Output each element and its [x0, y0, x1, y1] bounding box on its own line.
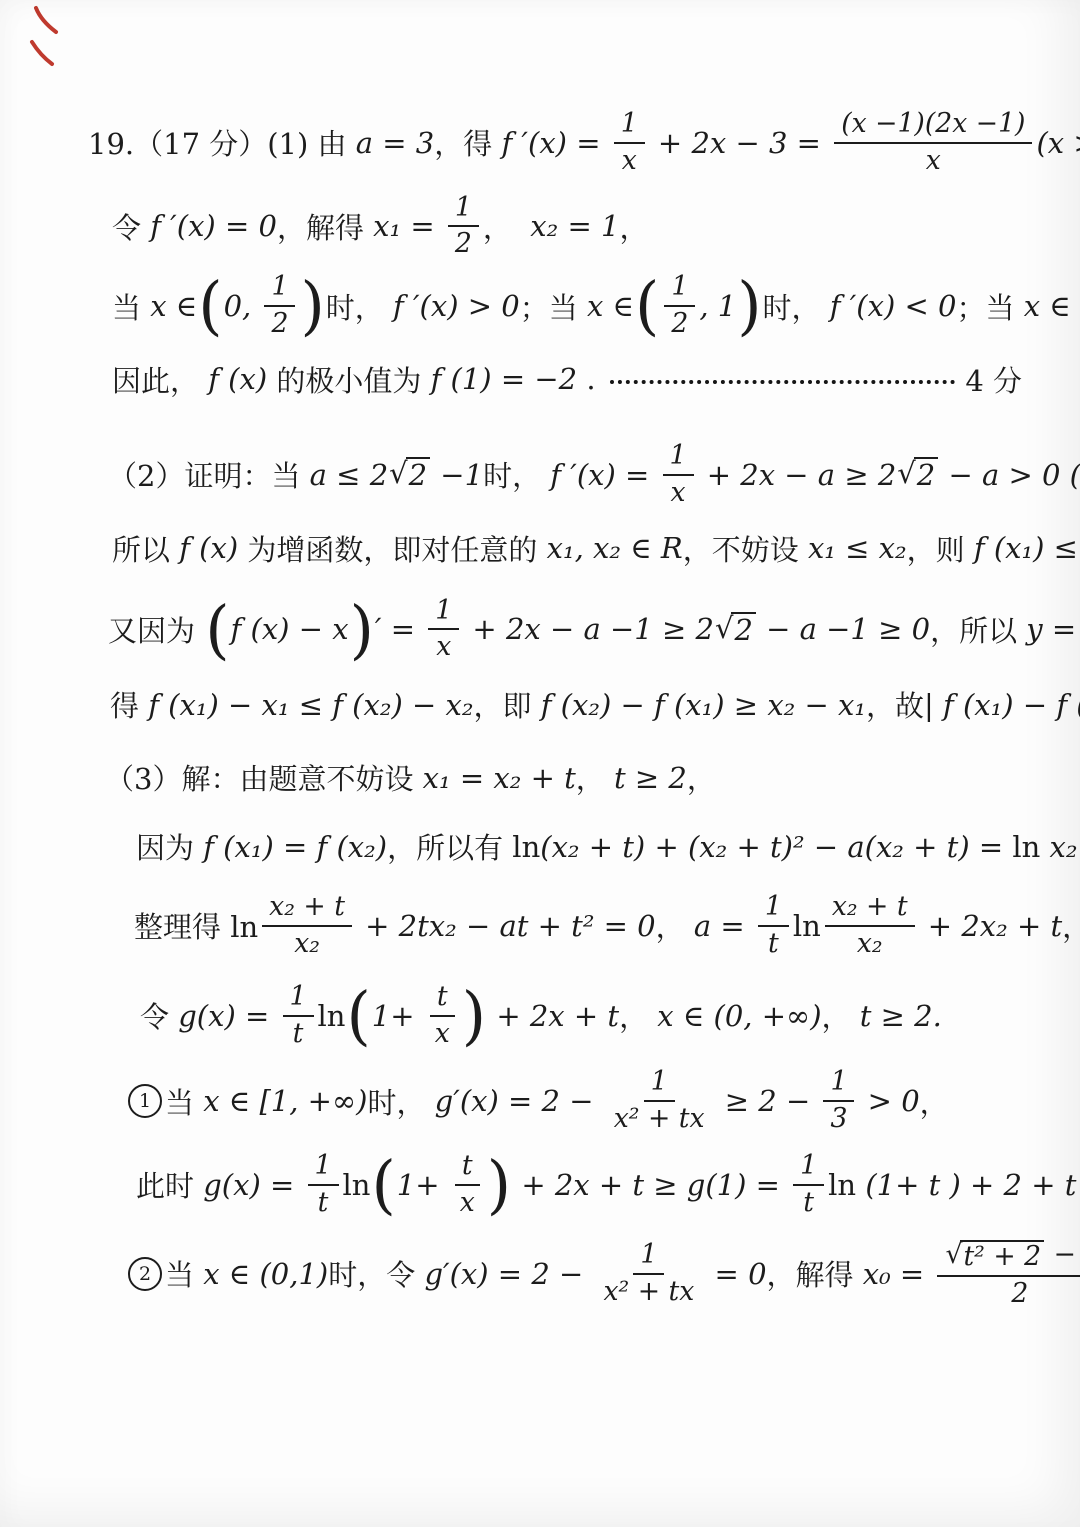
- text-run: ，: [576, 757, 614, 798]
- circled-number: 2: [128, 1257, 162, 1291]
- math-run: + 2tx₂ − at + t² = 0: [356, 909, 656, 943]
- text-run: ，: [619, 206, 648, 247]
- math-run: x: [435, 1020, 450, 1049]
- line-case2: 2当 x ∈ (0,1)时，令 g′(x) = 2 − 1x² + tx = 0…: [128, 1240, 1022, 1309]
- math-run: x₂ + t: [832, 893, 908, 922]
- line-rearranged: 整理得 lnx₂ + tx₂ + 2tx₂ − at + t² = 0， a =…: [134, 893, 1022, 959]
- fraction: tx: [428, 983, 457, 1049]
- math-run: > 0: [858, 1084, 919, 1118]
- math-run: x₁ = x₂ + t: [423, 761, 576, 795]
- math-run: f ′(x) =: [550, 458, 658, 492]
- fraction-denominator: x: [429, 630, 458, 662]
- fraction: 1t: [308, 1152, 339, 1218]
- line-inequality-conclusion: 得 f (x₁) − x₁ ≤ f (x₂) − x₂，即 f (x₂) − f…: [110, 684, 1022, 725]
- big-delimiter: (: [346, 985, 370, 1045]
- text-run: 因为: [136, 826, 203, 867]
- math-run: x: [622, 147, 637, 176]
- fraction: tx: [453, 1152, 482, 1218]
- math-run: 1: [765, 893, 782, 922]
- math-run: + 2x₂ + t: [919, 909, 1063, 943]
- math-run: f (x): [208, 362, 267, 396]
- math-run: x² + tx: [604, 1278, 695, 1307]
- math-run: ′ =: [375, 612, 424, 646]
- math-run: x₁ =: [373, 209, 444, 243]
- fraction-numerator: 1: [614, 110, 645, 144]
- fraction-denominator: x: [453, 1186, 482, 1218]
- math-run: t: [293, 1020, 304, 1049]
- text-run: 时，: [483, 454, 550, 495]
- math-run: | f (x₁) − f (x₂)| ≥ | x₁ − x₂ |: [924, 688, 1080, 722]
- math-run: a ≤ 2: [310, 458, 388, 492]
- math-run: 1: [315, 1152, 332, 1181]
- line-sign-analysis: 当 x ∈(0, 12)时， f ′(x) > 0；当 x ∈(12, 1)时，…: [112, 273, 1022, 339]
- text-run: 时，: [326, 286, 393, 327]
- big-delimiter: (: [635, 276, 659, 336]
- math-run: f ′(x) =: [501, 126, 609, 160]
- math-run: + 2x + t ≥ g(1) =: [512, 1168, 789, 1202]
- math-run: x₂: [294, 930, 320, 959]
- fraction-numerator: x₂ + t: [262, 893, 352, 927]
- text-run: ，不妨设: [683, 528, 808, 569]
- big-delimiter: ): [462, 985, 486, 1045]
- fraction: 1t: [758, 893, 789, 959]
- math-run: 1: [435, 597, 452, 626]
- scanned-answer-page: 19.（17 分）(1) 由 a = 3，得 f ′(x) = 1x + 2x …: [0, 0, 1080, 1527]
- math-run: 3: [830, 1105, 847, 1134]
- math-run: 1: [621, 110, 638, 139]
- math-run: 1: [651, 1068, 668, 1097]
- math-run: − a > 0 (x > 0): [939, 458, 1080, 492]
- math-run: ≥ 2 −: [716, 1084, 820, 1118]
- fraction: x₂ + tx₂: [262, 893, 352, 959]
- fraction-numerator: 1: [308, 1152, 339, 1186]
- fraction-denominator: t: [761, 927, 786, 959]
- text-run: ，: [483, 206, 530, 247]
- math-run: x₂ + t: [269, 893, 345, 922]
- text-run: 令: [140, 995, 178, 1036]
- big-delimiter: ): [737, 276, 761, 336]
- circled-number: 1: [128, 1084, 162, 1118]
- math-run: x² + tx: [614, 1105, 705, 1134]
- fraction-denominator: t: [311, 1186, 336, 1218]
- fraction: 1t: [793, 1152, 824, 1218]
- text-run: 令: [112, 206, 150, 247]
- fraction: 1x: [614, 110, 645, 176]
- text-run: 得: [110, 684, 148, 725]
- radicand: t² + 2: [960, 1240, 1044, 1272]
- line-case1-bound: 此时 g(x) = 1tln(1+ tx) + 2x + t ≥ g(1) = …: [136, 1152, 1022, 1218]
- math-run: f (x): [179, 531, 238, 565]
- math-run: f (x₁) = f (x₂): [203, 830, 387, 864]
- square-root: √t² + 2: [945, 1240, 1044, 1272]
- line-part3-setup: （3）解：由题意不妨设 x₁ = x₂ + t， t ≥ 2，: [105, 757, 1022, 798]
- fraction-numerator: x₂ + t: [825, 893, 915, 927]
- text-run: ，解得: [277, 206, 373, 247]
- math-run: + 2x + t: [487, 999, 619, 1033]
- math-run: 1+: [372, 999, 424, 1033]
- text-run: ln: [828, 1168, 865, 1202]
- text-run: 所以: [112, 528, 179, 569]
- fraction-denominator: x: [919, 144, 948, 176]
- fraction: x₂ + tx₂: [825, 893, 915, 959]
- math-run: + 2x − 3 =: [649, 126, 830, 160]
- solution-content: 19.（17 分）(1) 由 a = 3，得 f ′(x) = 1x + 2x …: [88, 110, 1022, 1308]
- text-run: ，解得: [767, 1253, 863, 1294]
- text-run: ；当: [520, 286, 587, 327]
- math-run: 2: [455, 230, 472, 259]
- big-delimiter: ): [487, 1155, 511, 1215]
- fraction-numerator: 1: [793, 1152, 824, 1186]
- text-run: ，得: [434, 122, 501, 163]
- math-run: x ∈ (0,1): [203, 1257, 328, 1291]
- line-define-g: 令 g(x) = 1tln(1+ tx) + 2x + t， x ∈ (0, +…: [140, 983, 1022, 1049]
- math-run: f (x₂) − f (x₁) ≥ x₂ − x₁: [541, 688, 866, 722]
- math-run: −1: [431, 458, 483, 492]
- fraction-denominator: 2: [664, 307, 695, 339]
- big-delimiter: (: [205, 599, 229, 659]
- math-run: x₁, x₂ ∈ R: [547, 531, 683, 565]
- math-run: = 0: [705, 1257, 766, 1291]
- text-run: 时，: [763, 286, 830, 327]
- math-run: (1+ t ) + 2 + t > 4: [865, 1168, 1080, 1202]
- math-run: 2: [1011, 1280, 1028, 1309]
- math-run: 0,: [224, 289, 261, 323]
- text-run: ln: [512, 830, 540, 864]
- text-run: ，: [687, 757, 716, 798]
- math-run: x: [460, 1189, 475, 1218]
- math-run: x: [671, 479, 686, 508]
- math-run: t: [803, 1189, 814, 1218]
- fraction-numerator: 1: [428, 597, 459, 631]
- radicand: 2: [731, 612, 755, 646]
- math-run: x ∈ (0, +∞): [657, 999, 821, 1033]
- fraction: 13: [823, 1068, 854, 1134]
- math-run: a = 3: [356, 126, 434, 160]
- math-run: 1: [671, 273, 688, 302]
- fraction: 1x² + tx: [597, 1241, 702, 1307]
- big-delimiter: ): [300, 276, 324, 336]
- fraction-numerator: 1: [644, 1068, 675, 1102]
- math-run: f (x₁) ≤ f (x₂): [974, 531, 1080, 565]
- red-pen-mark: [22, 2, 92, 72]
- math-run: x ∈ [1, +∞): [203, 1084, 367, 1118]
- fraction-numerator: 1: [264, 273, 295, 307]
- line-part1-derivative: 19.（17 分）(1) 由 a = 3，得 f ′(x) = 1x + 2x …: [88, 110, 1022, 176]
- text-run: 时，: [367, 1081, 434, 1122]
- text-run: 又因为: [108, 609, 204, 650]
- math-run: x ∈: [587, 289, 634, 323]
- math-run: x: [926, 147, 941, 176]
- math-run: g′(x) = 2 −: [424, 1257, 592, 1291]
- fraction-numerator: 1: [823, 1068, 854, 1102]
- math-run: t ≥ 2.: [860, 999, 942, 1033]
- fraction-denominator: x: [615, 144, 644, 176]
- math-run: f (x) − x: [231, 612, 349, 646]
- fraction-denominator: 2: [448, 227, 479, 259]
- fraction-denominator: t: [286, 1017, 311, 1049]
- math-run: , 1: [699, 289, 736, 323]
- fraction-numerator: 1: [758, 893, 789, 927]
- text-run: ln: [343, 1168, 371, 1202]
- math-run: + 2x − a −1 ≥ 2: [463, 612, 714, 646]
- math-run: 1: [830, 1068, 847, 1097]
- fraction-denominator: 2: [1004, 1277, 1035, 1309]
- math-run: f (x₁) − x₁ ≤ f (x₂) − x₂: [148, 688, 473, 722]
- text-run: （2）证明：当: [108, 454, 310, 495]
- line-part2-proof-start: （2）证明：当 a ≤ 2√2 −1时， f ′(x) = 1x + 2x − …: [108, 442, 1022, 508]
- big-delimiter: ): [350, 599, 374, 659]
- math-run: 1: [290, 983, 307, 1012]
- math-run: t: [768, 930, 779, 959]
- math-run: f ′(x) = 0: [150, 209, 277, 243]
- fraction-numerator: 1: [633, 1241, 664, 1275]
- fraction: 1x: [428, 597, 459, 663]
- math-run: 1: [800, 1152, 817, 1181]
- math-run: 1: [640, 1241, 657, 1270]
- math-run: (x₂ + t) + (x₂ + t)² − a(x₂ + t) =: [540, 830, 1012, 864]
- fraction-denominator: x₂: [287, 927, 327, 959]
- math-run: t: [462, 1152, 473, 1181]
- fraction-numerator: 1: [283, 983, 314, 1017]
- math-run: x₂: [857, 930, 883, 959]
- math-run: f ′(x) > 0: [393, 289, 520, 323]
- fraction-numerator: √t² + 2 − t: [937, 1240, 1080, 1277]
- math-run: a =: [694, 909, 754, 943]
- text-run: ，则: [907, 528, 974, 569]
- text-run: ；当: [956, 286, 1023, 327]
- fraction: 1x² + tx: [607, 1068, 712, 1134]
- fraction: (x −1)(2x −1)x: [834, 110, 1032, 176]
- math-run: − t: [1045, 1241, 1080, 1270]
- fraction-denominator: 3: [823, 1102, 854, 1134]
- math-run: x ∈: [150, 289, 197, 323]
- fraction-numerator: t: [430, 983, 455, 1017]
- text-run: ，: [822, 995, 860, 1036]
- text-run: .: [577, 362, 595, 396]
- line-equal-values: 因为 f (x₁) = f (x₂)，所以有 ln(x₂ + t) + (x₂ …: [136, 826, 1022, 867]
- text-run: ln: [318, 999, 346, 1033]
- math-run: y = f (x) − x: [1026, 612, 1080, 646]
- text-run: ，: [920, 1081, 949, 1122]
- math-run: + 2x − a ≥ 2: [698, 458, 897, 492]
- fraction-denominator: x² + tx: [597, 1275, 702, 1307]
- math-run: g′(x) = 2 −: [435, 1084, 603, 1118]
- fraction: 12: [664, 273, 695, 339]
- text-run: ，即: [474, 684, 541, 725]
- fraction-numerator: t: [455, 1152, 480, 1186]
- big-delimiter: (: [198, 276, 222, 336]
- math-run: t: [318, 1189, 329, 1218]
- math-run: x₂ = 1: [530, 209, 619, 243]
- text-run: 时，令: [328, 1253, 424, 1294]
- fraction: 12: [264, 273, 295, 339]
- fraction-denominator: x₂: [850, 927, 890, 959]
- line-fx-minus-x: 又因为 (f (x) − x)′ = 1x + 2x − a −1 ≥ 2√2 …: [108, 597, 1022, 663]
- math-run: 2: [271, 310, 288, 339]
- fraction: √t² + 2 − t2: [937, 1240, 1080, 1309]
- math-run: 1: [271, 273, 288, 302]
- fraction-numerator: (x −1)(2x −1): [834, 110, 1032, 144]
- text-run: ln: [793, 909, 821, 943]
- math-run: 1+: [397, 1168, 449, 1202]
- fraction-denominator: t: [796, 1186, 821, 1218]
- text-run: ，: [1062, 905, 1080, 946]
- text-run: 为增函数，即对任意的: [238, 528, 546, 569]
- text-run: 4 分: [965, 359, 1022, 400]
- fraction-numerator: 1: [448, 194, 479, 228]
- text-run: ln: [1012, 830, 1049, 864]
- fraction-denominator: 2: [264, 307, 295, 339]
- line-critical-points: 令 f ′(x) = 0，解得 x₁ = 12， x₂ = 1，: [112, 194, 1022, 260]
- text-run: ，: [619, 995, 657, 1036]
- text-run: ，所以: [930, 609, 1026, 650]
- text-run: （3）解：由题意不妨设: [105, 757, 423, 798]
- line-minimum-conclusion: 因此， f (x) 的极小值为 f (1) = −2 .4 分: [112, 359, 1022, 400]
- math-run: t: [437, 983, 448, 1012]
- fraction: 12: [448, 194, 479, 260]
- math-run: (x −1)(2x −1): [841, 110, 1025, 139]
- math-run: x₀ =: [863, 1257, 934, 1291]
- math-run: 2: [671, 310, 688, 339]
- text-run: 的极小值为: [267, 359, 430, 400]
- text-run: 因此，: [112, 359, 208, 400]
- fraction-denominator: x² + tx: [607, 1102, 712, 1134]
- math-run: f (1) = −2: [431, 362, 578, 396]
- line-case1: 1当 x ∈ [1, +∞)时， g′(x) = 2 − 1x² + tx ≥ …: [128, 1068, 1022, 1134]
- math-run: g(x) =: [178, 999, 278, 1033]
- radicand: 2: [914, 457, 938, 491]
- dotted-leader: [610, 380, 956, 384]
- math-run: x: [436, 633, 451, 662]
- big-delimiter: (: [371, 1155, 395, 1215]
- math-run: − a −1 ≥ 0: [757, 612, 930, 646]
- fraction-denominator: x: [428, 1017, 457, 1049]
- text-run: ，所以有: [387, 826, 512, 867]
- text-run: 当: [165, 1253, 203, 1294]
- text-run: 整理得 ln: [134, 905, 258, 946]
- radicand: 2: [406, 457, 430, 491]
- math-run: (x > 0).: [1036, 126, 1080, 160]
- math-run: x ∈ (1, +∞): [1024, 289, 1080, 323]
- square-root: √2: [715, 612, 756, 646]
- text-run: 此时: [136, 1164, 203, 1205]
- math-run: x₂ + x₂² − ax₂: [1050, 830, 1080, 864]
- math-run: 1: [455, 194, 472, 223]
- math-run: x₁ ≤ x₂: [808, 531, 907, 565]
- text-run: ，故: [866, 684, 924, 725]
- text-run: 当: [165, 1081, 203, 1122]
- fraction: 1t: [283, 983, 314, 1049]
- square-root: √2: [389, 457, 430, 491]
- text-run: ，: [656, 905, 694, 946]
- line-increasing-function: 所以 f (x) 为增函数，即对任意的 x₁, x₂ ∈ R，不妨设 x₁ ≤ …: [112, 528, 1022, 569]
- math-run: 1: [670, 442, 687, 471]
- square-root: √2: [897, 457, 938, 491]
- fraction-numerator: 1: [663, 442, 694, 476]
- math-run: g(x) =: [203, 1168, 303, 1202]
- text-run: 19.（17 分）(1) 由: [88, 122, 356, 163]
- fraction-denominator: x: [664, 476, 693, 508]
- fraction: 1x: [663, 442, 694, 508]
- fraction-numerator: 1: [664, 273, 695, 307]
- math-run: f ′(x) < 0: [830, 289, 957, 323]
- text-run: 当: [112, 286, 150, 327]
- math-run: t ≥ 2: [614, 761, 687, 795]
